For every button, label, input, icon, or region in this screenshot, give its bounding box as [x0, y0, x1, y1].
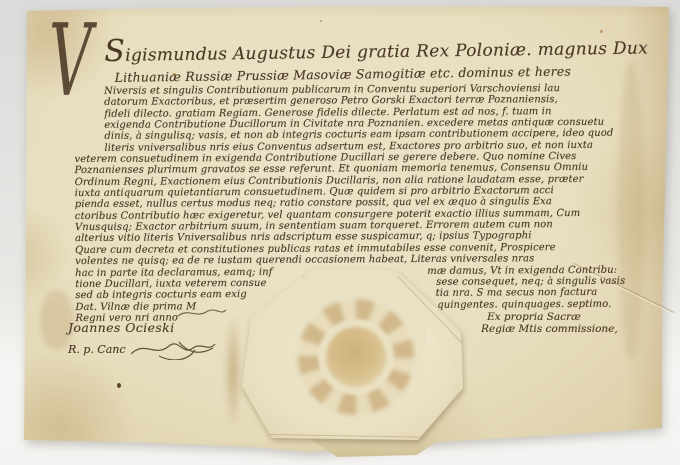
seal-impression-arms	[326, 327, 386, 387]
signature-paraph-flourish	[129, 338, 217, 360]
seal-fold-crease	[270, 434, 420, 438]
papered-wax-seal	[240, 266, 464, 442]
chancellor-signature: Joannes Ocieski	[68, 320, 217, 335]
ink-blot	[117, 383, 121, 388]
chancellor-title: R. p. Canc	[68, 343, 126, 356]
chancellor-title-line: R. p. Canc	[68, 338, 217, 360]
seal-paper-octagon	[240, 266, 464, 442]
foxing-spot	[173, 73, 176, 76]
chancellor-signature-block: Joannes Ocieski R. p. Canc	[68, 320, 217, 360]
charter-heading: Sigismundus Augustus Dei gratia Rex Polo…	[104, 26, 648, 85]
commission-note: Ex propria Sacræ Regiæ Mtis commissione,	[487, 311, 618, 335]
pen-flourish	[176, 306, 228, 320]
commission-line: Regiæ Mtis commissione,	[481, 323, 618, 335]
foxing-spot	[320, 20, 322, 22]
foxing-spot	[600, 30, 603, 33]
commission-line: Ex propria Sacræ	[487, 311, 618, 323]
photograph-of-royal-charter: V Sigismundus Augustus Dei gratia Rex Po…	[0, 0, 680, 465]
